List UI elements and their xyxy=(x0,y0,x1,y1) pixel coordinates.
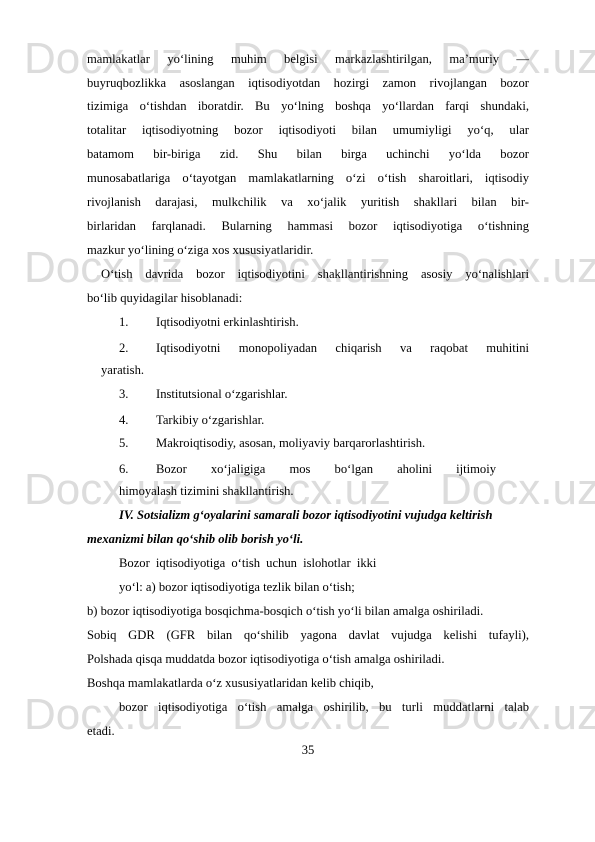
section-heading: mexanizmi bilan qo‘shib olib borish yo‘l… xyxy=(87,531,303,547)
paragraph-line: etadi. xyxy=(87,723,115,739)
paragraph-line: munosabatlariga o‘tayotgan mamlakatlarni… xyxy=(87,170,529,186)
list-text: Iqtisodiyotni erkinlashtirish. xyxy=(156,314,299,330)
section-heading: IV. Sotsializm g‘oyalarini samarali bozo… xyxy=(119,507,492,523)
paragraph-line: birlaridan farqlanadi. Bularning hammasi… xyxy=(87,218,529,234)
paragraph-line: yo‘l: a) bozor iqtisodiyotiga tezlik bil… xyxy=(119,579,355,595)
paragraph-line: rivojlanish darajasi, mulkchilik va xo‘j… xyxy=(87,194,529,210)
list-text: Bozor xo‘jaligiga mos bo‘lgan aholini ij… xyxy=(156,461,496,477)
list-text: Tarkibiy o‘zgarishlar. xyxy=(156,412,264,428)
paragraph-line: bo‘lib quyidagilar hisoblanadi: xyxy=(87,290,529,306)
page-number: 35 xyxy=(87,743,529,758)
paragraph-line: mazkur yo‘lining o‘ziga xos xususiyatlar… xyxy=(87,242,529,258)
list-number: 5. xyxy=(119,435,128,451)
list-number: 4. xyxy=(119,412,128,428)
paragraph-line: Sobiq GDR (GFR bilan qo‘shilib yagona da… xyxy=(87,627,529,643)
paragraph-line: tizimiga o‘tishdan iboratdir. Bu yo‘lnin… xyxy=(87,98,529,114)
paragraph-line: b) bozor iqtisodiyotiga bosqichma-bosqic… xyxy=(87,603,483,619)
paragraph-line: Polshada qisqa muddatda bozor iqtisodiyo… xyxy=(87,651,444,667)
list-number: 1. xyxy=(119,314,128,330)
list-text-continued: himoyalash tizimini shakllantirish. xyxy=(119,483,294,499)
list-number: 3. xyxy=(119,386,128,402)
paragraph-line: O‘tish davrida bozor iqtisodiyotini shak… xyxy=(101,266,529,282)
paragraph-line: buyruqbozlikka asoslangan iqtisodiyotdan… xyxy=(87,75,529,91)
paragraph-line: batamom bir-biriga zid. Shu bilan birga … xyxy=(87,146,529,162)
list-text-continued: yaratish. xyxy=(101,362,144,378)
list-text: Institutsional o‘zgarishlar. xyxy=(156,386,288,402)
paragraph-line: Boshqa mamlakatlarda o‘z xususiyatlarida… xyxy=(87,675,374,691)
paragraph-line: bozor iqtisodiyotiga o‘tish amalga oshir… xyxy=(119,699,529,715)
list-text: Makroiqtisodiy, asosan, moliyaviy barqar… xyxy=(156,435,425,451)
paragraph-line: Bozor iqtisodiyotiga o‘tish uchun isloho… xyxy=(119,555,376,571)
list-number: 2. xyxy=(119,340,128,356)
list-text: Iqtisodiyotni monopoliyadan chiqarish va… xyxy=(156,340,529,356)
paragraph-line: mamlakatlar yo‘lining muhim belgisi mark… xyxy=(87,51,529,67)
list-number: 6. xyxy=(119,461,128,477)
paragraph-line: totalitar iqtisodiyotning bozor iqtisodi… xyxy=(87,122,529,138)
